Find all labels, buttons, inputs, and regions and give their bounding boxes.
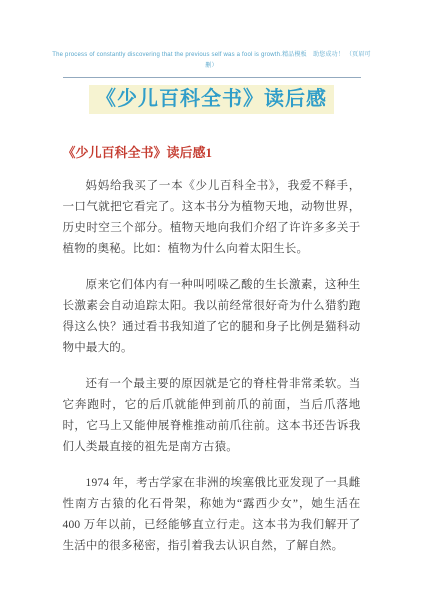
title-row: 《少儿百科全书》读后感 xyxy=(0,85,423,114)
document-body: 《少儿百科全书》读后感1 妈妈给我买了一本《少儿百科全书》，我爱不释手，一口气就… xyxy=(63,145,361,557)
header-divider xyxy=(63,77,361,78)
document-page: The process of constantly discovering th… xyxy=(0,0,423,600)
body-paragraph: 原来它们体内有一种叫吲哚乙酸的生长激素，这种生长激素会自动追踪太阳。我以前经常很… xyxy=(63,275,361,359)
document-title: 《少儿百科全书》读后感 xyxy=(89,85,334,114)
body-paragraph: 妈妈给我买了一本《少儿百科全书》，我爱不释手，一口气就把它看完了。这本书分为植物… xyxy=(63,176,361,260)
section-heading: 《少儿百科全书》读后感1 xyxy=(63,145,361,161)
page-header-text: The process of constantly discovering th… xyxy=(51,0,373,72)
body-paragraph: 还有一个最主要的原因就是它的脊柱骨非常柔软。当它奔跑时，它的后爪就能伸到前爪的前… xyxy=(63,374,361,458)
body-paragraph: 1974 年，考古学家在非洲的埃塞俄比亚发现了一具雌性南方古猿的化石骨架，称她为… xyxy=(63,473,361,557)
